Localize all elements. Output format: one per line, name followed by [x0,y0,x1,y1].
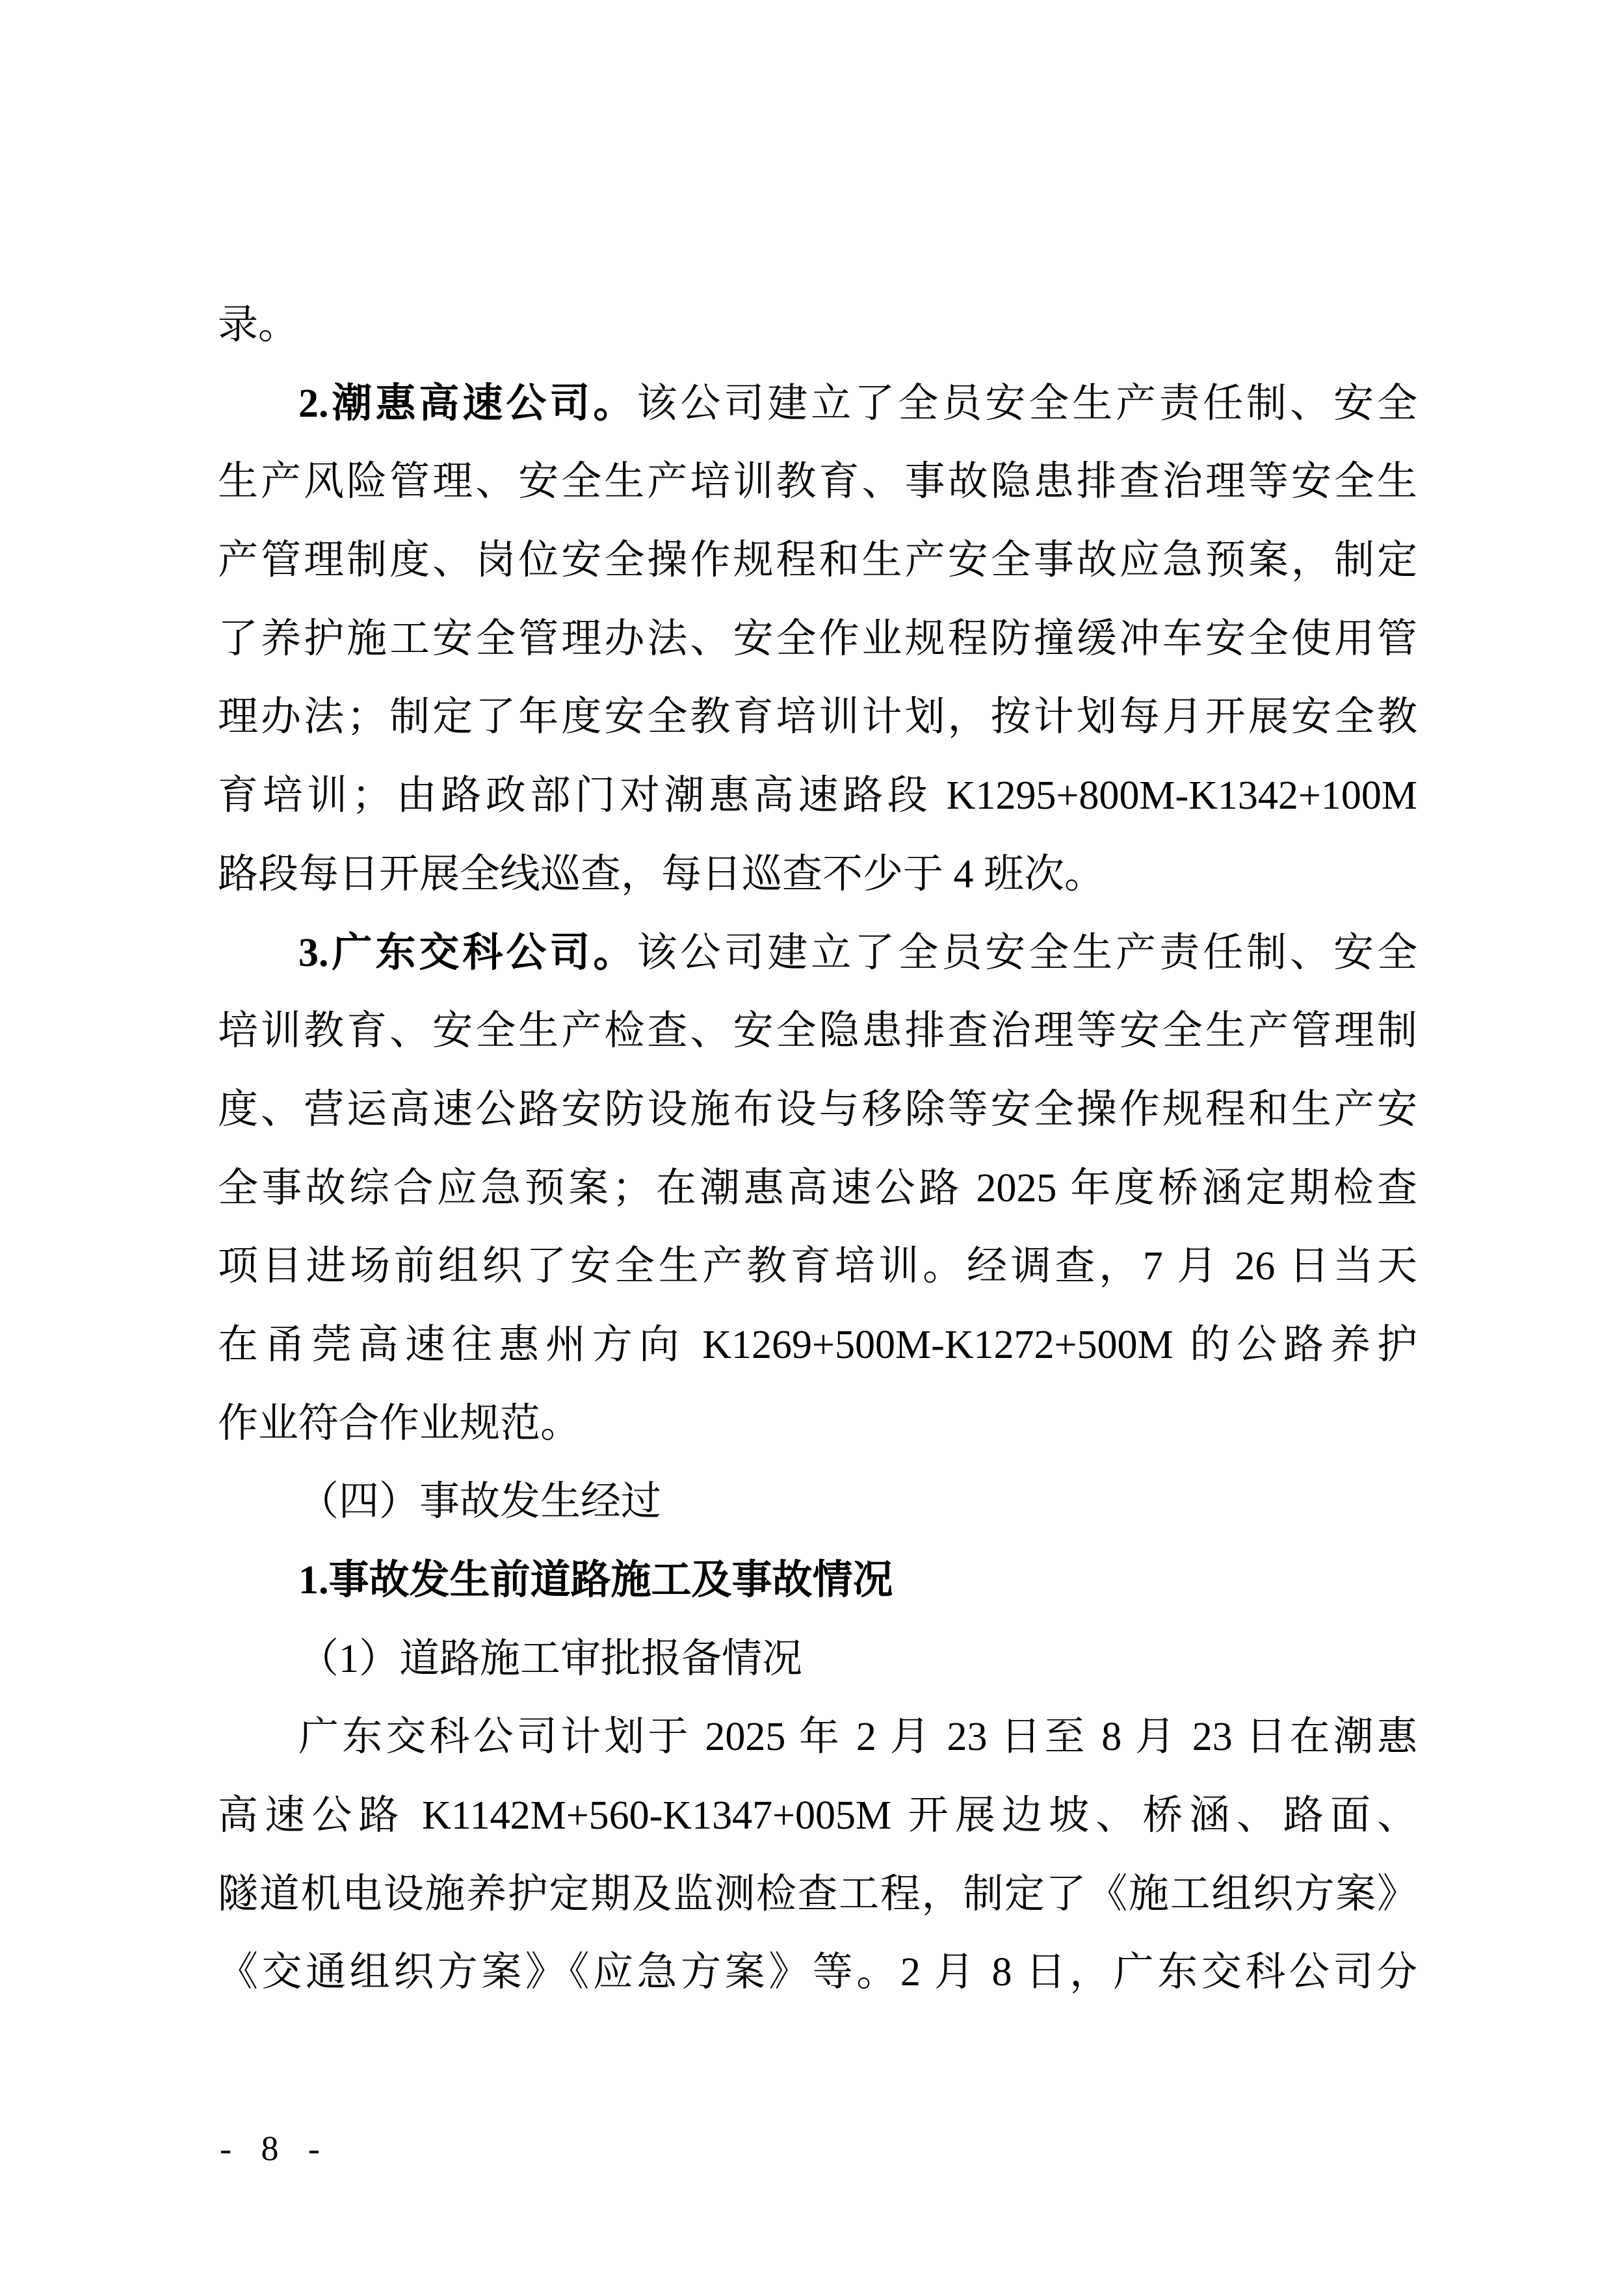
text-run: 高速公路 K1142M+560-K1347+005M 开展边坡、桥涵、路面、 [218,1794,1417,1838]
text-line: （四）事故发生经过 [218,1463,1417,1541]
text-line: 路段每日开展全线巡查，每日巡查不少于 4 班次。 [218,835,1417,914]
text-run: （四）事故发生经过 [298,1480,661,1524]
text-run: 育培训；由路政部门对潮惠高速路段 K1295+800M-K1342+100M [218,774,1417,818]
text-line: 育培训；由路政部门对潮惠高速路段 K1295+800M-K1342+100M [218,757,1417,835]
text-line: 广东交科公司计划于 2025 年 2 月 23 日至 8 月 23 日在潮惠 [218,1698,1417,1777]
bold-text-run: 1.事故发生前道路施工及事故情况 [298,1558,893,1602]
text-line: 培训教育、安全生产检查、安全隐患排查治理等安全生产管理制 [218,992,1417,1071]
text-line: 作业符合作业规范。 [218,1385,1417,1463]
text-line: 在甬莞高速往惠州方向 K1269+500M-K1272+500M 的公路养护 [218,1306,1417,1385]
text-line: 《交通组织方案》《应急方案》等。2 月 8 日，广东交科公司分 [218,1933,1417,2012]
page-number: - 8 - [220,2127,330,2170]
text-run: 生产风险管理、安全生产培训教育、事故隐患排查治理等安全生 [218,460,1417,504]
text-run: 作业符合作业规范。 [218,1402,581,1446]
text-line: 度、营运高速公路安防设施布设与移除等安全操作规程和生产安 [218,1071,1417,1149]
text-line: 1.事故发生前道路施工及事故情况 [218,1541,1417,1620]
bold-text-run: 2.潮惠高速公司。 [298,382,636,426]
text-run: 了养护施工安全管理办法、安全作业规程防撞缓冲车安全使用管 [218,617,1417,661]
text-run: （1）道路施工审批报备情况 [298,1637,802,1681]
text-block: 录。2.潮惠高速公司。该公司建立了全员安全生产责任制、安全生产风险管理、安全生产… [218,286,1417,2012]
text-run: 在甬莞高速往惠州方向 K1269+500M-K1272+500M 的公路养护 [218,1323,1417,1367]
text-run: 录。 [218,303,298,347]
text-run: 度、营运高速公路安防设施布设与移除等安全操作规程和生产安 [218,1088,1417,1132]
text-line: 项目进场前组织了安全生产教育培训。经调查，7 月 26 日当天 [218,1227,1417,1306]
text-run: 该公司建立了全员安全生产责任制、安全 [636,931,1417,975]
text-run: 隧道机电设施养护定期及监测检查工程，制定了《施工组织方案》 [218,1872,1417,1916]
text-run: 培训教育、安全生产检查、安全隐患排查治理等安全生产管理制 [218,1009,1417,1053]
text-line: 高速公路 K1142M+560-K1347+005M 开展边坡、桥涵、路面、 [218,1777,1417,1855]
text-line: 了养护施工安全管理办法、安全作业规程防撞缓冲车安全使用管 [218,600,1417,679]
text-run: 全事故综合应急预案；在潮惠高速公路 2025 年度桥涵定期检查 [218,1166,1417,1210]
text-run: 广东交科公司计划于 2025 年 2 月 23 日至 8 月 23 日在潮惠 [298,1715,1417,1759]
document-page: 录。2.潮惠高速公司。该公司建立了全员安全生产责任制、安全生产风险管理、安全生产… [0,0,1613,2296]
text-line: 2.潮惠高速公司。该公司建立了全员安全生产责任制、安全 [218,365,1417,443]
text-line: 生产风险管理、安全生产培训教育、事故隐患排查治理等安全生 [218,443,1417,521]
text-line: 产管理制度、岗位安全操作规程和生产安全事故应急预案，制定 [218,521,1417,600]
text-line: 全事故综合应急预案；在潮惠高速公路 2025 年度桥涵定期检查 [218,1149,1417,1228]
text-run: 项目进场前组织了安全生产教育培训。经调查，7 月 26 日当天 [218,1244,1417,1288]
bold-text-run: 3.广东交科公司。 [298,931,636,975]
text-line: 3.广东交科公司。该公司建立了全员安全生产责任制、安全 [218,914,1417,993]
text-line: 录。 [218,286,1417,365]
text-run: 理办法；制定了年度安全教育培训计划，按计划每月开展安全教 [218,695,1417,739]
text-run: 产管理制度、岗位安全操作规程和生产安全事故应急预案，制定 [218,538,1417,582]
text-line: 隧道机电设施养护定期及监测检查工程，制定了《施工组织方案》 [218,1855,1417,1934]
text-line: 理办法；制定了年度安全教育培训计划，按计划每月开展安全教 [218,678,1417,757]
text-line: （1）道路施工审批报备情况 [218,1620,1417,1699]
text-run: 该公司建立了全员安全生产责任制、安全 [636,382,1417,426]
text-run: 路段每日开展全线巡查，每日巡查不少于 4 班次。 [218,852,1105,896]
text-run: 《交通组织方案》《应急方案》等。2 月 8 日，广东交科公司分 [218,1950,1417,1994]
